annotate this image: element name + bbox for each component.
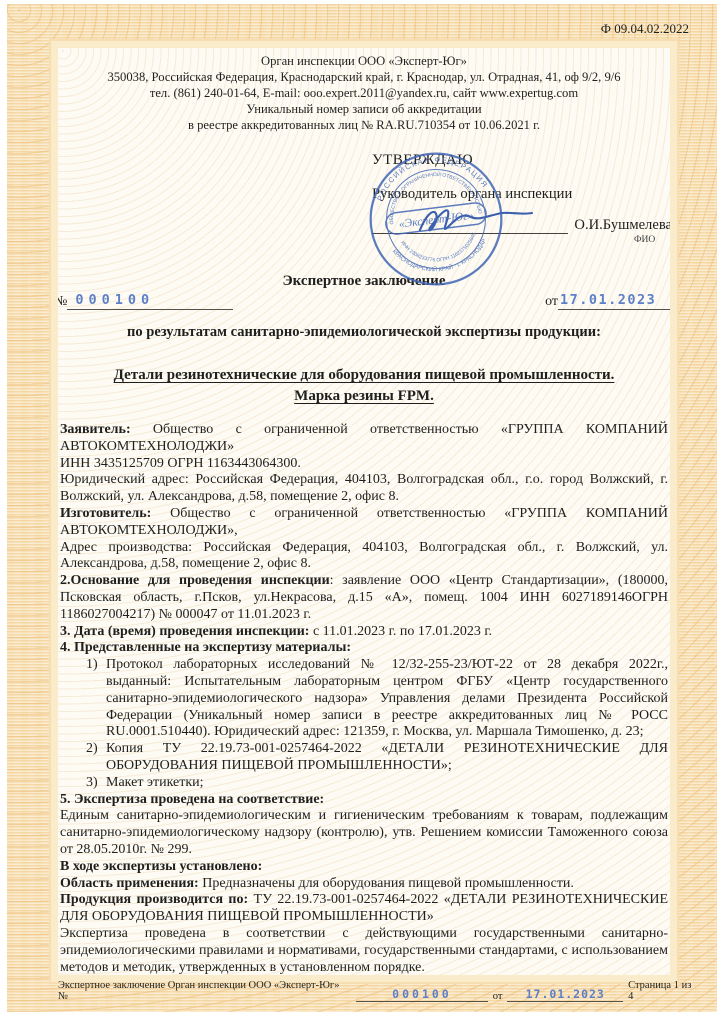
- footer-date-field: 17.01.2023: [507, 987, 623, 1002]
- paragraph-scope: Область применения: Предназначены для об…: [60, 876, 668, 893]
- accreditation-line-2: в реестре аккредитованных лиц № RA.RU.71…: [60, 117, 668, 133]
- document-title: Экспертное заключение: [60, 273, 668, 290]
- footer-date-label: от: [493, 991, 503, 1002]
- org-address: 350038, Российская Федерация, Краснодарс…: [60, 69, 668, 85]
- compliance-heading-label: 5. Экспертиза проведена на соответствие:: [60, 792, 324, 807]
- doc-date-stamp: 17.01.2023: [560, 292, 656, 308]
- applicant-value: Общество с ограниченной ответственностью…: [60, 422, 668, 454]
- doc-number-stamp: 000100: [75, 292, 154, 308]
- org-contact: тел. (861) 240-01-64, E-mail: ooo.expert…: [60, 85, 668, 101]
- footer-number-stamp: 000100: [392, 987, 452, 1001]
- paragraph-manufacturer: Изготовитель: Общество с ограниченной от…: [60, 506, 668, 540]
- fio-label: ФИО: [634, 235, 670, 245]
- manufacturer-label: Изготовитель:: [60, 506, 151, 521]
- number-date-row: № 000100 от 17.01.2023: [60, 292, 668, 310]
- paragraph-inspection-date: 3. Дата (время) проведения инспекции: с …: [60, 624, 668, 641]
- list-item: Протокол лабораторных исследований № 12/…: [86, 657, 668, 741]
- paragraph-applicant: Заявитель: Общество с ограниченной ответ…: [60, 422, 668, 456]
- established-heading-label: В ходе экспертизы установлено:: [60, 859, 262, 874]
- footer-page-indicator: Страница 1 из 4: [628, 980, 699, 1002]
- paragraph-produced-by: Продукция производится по: ТУ 22.19.73-0…: [60, 892, 668, 926]
- scope-value: Предназначены для оборудования пищевой п…: [199, 876, 574, 891]
- date-label: от: [545, 294, 558, 310]
- applicant-label: Заявитель:: [60, 422, 131, 437]
- paragraph-basis: 2.Основание для проведения инспекции: за…: [60, 573, 668, 623]
- document-subtitle: по результатам санитарно-эпидемиологичес…: [60, 324, 668, 341]
- accreditation-line-1: Уникальный номер записи об аккредитации: [60, 101, 668, 117]
- manufacturer-value: Общество с ограниченной ответственностью…: [60, 506, 668, 538]
- paragraph-production-address: Адрес производства: Российская Федерация…: [60, 540, 668, 574]
- document-content-area: Орган инспекции ООО «Эксперт-Юг» 350038,…: [58, 48, 670, 975]
- basis-label: 2.Основание для проведения инспекции: [60, 573, 330, 588]
- doc-date-field: 17.01.2023: [558, 292, 670, 310]
- list-item: Макет этикетки;: [86, 775, 668, 792]
- stamp-center-text: «Эксперт-Юг»: [398, 209, 474, 231]
- form-code: Ф 09.04.02.2022: [601, 21, 689, 37]
- produced-by-label: Продукция производится по:: [60, 892, 248, 907]
- footer-number-field: 000100: [356, 987, 488, 1002]
- org-round-stamp-icon: РОССИЙСКАЯ ФЕДЕРАЦИЯ ОБЩЕСТВО С ОГРАНИЧЕ…: [358, 141, 514, 297]
- org-name: Орган инспекции ООО «Эксперт-Юг»: [60, 53, 668, 69]
- paragraph-inn: ИНН 3435125709 ОГРН 1163443064300.: [60, 456, 668, 473]
- doc-number-field: 000100: [67, 292, 233, 310]
- paragraph-conclusion: Экспертиза проведена в соответствии с де…: [60, 926, 668, 975]
- list-item: Копия ТУ 22.19.73-001-0257464-2022 «ДЕТА…: [86, 741, 668, 775]
- inspection-date-label: 3. Дата (время) проведения инспекции:: [60, 624, 309, 639]
- materials-list: Протокол лабораторных исследований № 12/…: [60, 657, 668, 791]
- product-title-line-2: Марка резины FPM.: [60, 386, 668, 407]
- certificate-border: Ф 09.04.02.2022 Орган инспекции ООО «Экс…: [7, 4, 717, 1012]
- materials-heading-label: 4. Представленные на экспертизу материал…: [60, 640, 351, 655]
- footer-label: Экспертное заключение Орган инспекции ОО…: [58, 980, 351, 1002]
- established-heading: В ходе экспертизы установлено:: [60, 859, 668, 876]
- materials-heading: 4. Представленные на экспертизу материал…: [60, 640, 668, 657]
- scope-label: Область применения:: [60, 876, 199, 891]
- footer-date-stamp: 17.01.2023: [526, 987, 605, 1001]
- compliance-heading: 5. Экспертиза проведена на соответствие:: [60, 792, 668, 809]
- document-body: Заявитель: Общество с ограниченной ответ…: [60, 422, 668, 975]
- number-label: №: [58, 294, 67, 310]
- doc-date-group: от 17.01.2023: [545, 292, 670, 310]
- page-footer: Экспертное заключение Орган инспекции ОО…: [58, 980, 699, 1002]
- product-title-line-1: Детали резинотехнические для оборудовани…: [60, 365, 668, 386]
- inspection-date-value: с 11.01.2023 г. по 17.01.2023 г.: [309, 624, 492, 639]
- doc-number-group: № 000100: [58, 292, 233, 310]
- paragraph-legal-address: Юридический адрес: Российская Федерация,…: [60, 472, 668, 506]
- product-title: Детали резинотехнические для оборудовани…: [60, 365, 668, 407]
- org-header: Орган инспекции ООО «Эксперт-Юг» 350038,…: [60, 48, 668, 133]
- paragraph-compliance: Единым санитарно-эпидемиологическим и ги…: [60, 808, 668, 858]
- signer-name: О.И.Бушмелева: [574, 217, 670, 234]
